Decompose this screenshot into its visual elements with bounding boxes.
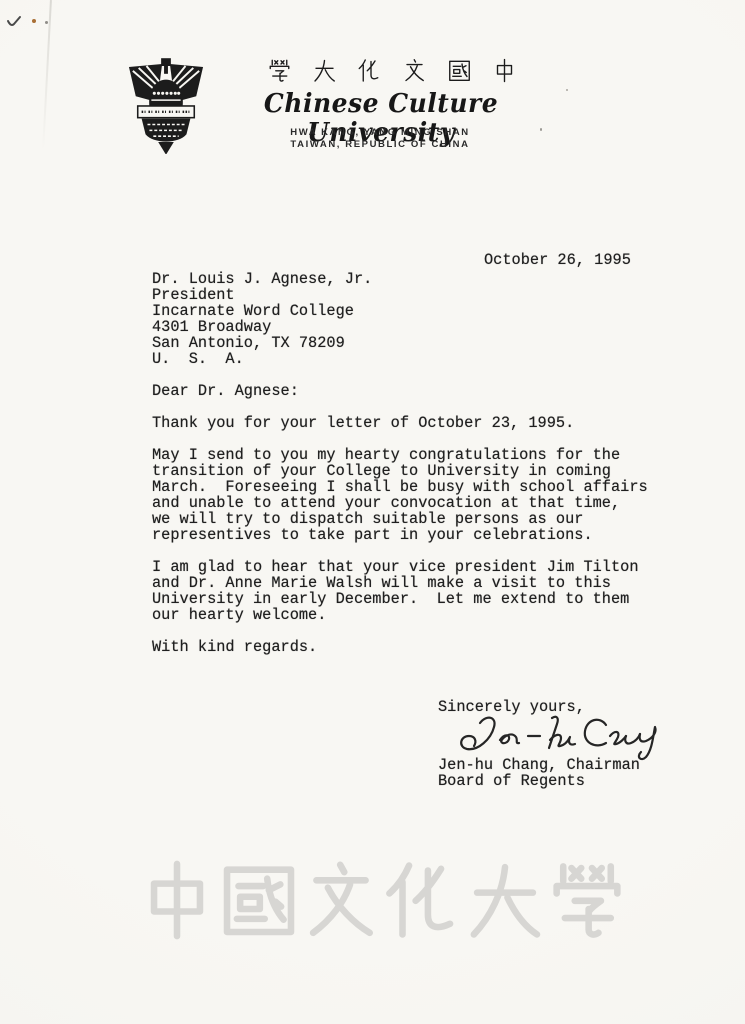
letter-date: October 26, 1995 [484, 252, 631, 268]
letterhead-address-line2: TAIWAN, REPUBLIC OF CHINA [264, 139, 496, 150]
watermark-char-da-icon [464, 855, 546, 945]
cjk-char-hua-icon [357, 58, 382, 83]
cjk-char-zhong-icon [492, 58, 517, 83]
university-emblem-logo [127, 56, 205, 154]
university-name-cjk [267, 56, 517, 84]
watermark-university-name [136, 850, 628, 950]
watermark-char-guo-icon [218, 855, 300, 945]
cjk-char-xue-icon [267, 58, 292, 83]
recipient-address-block: Dr. Louis J. Agnese, Jr. President Incar… [152, 271, 372, 367]
body-paragraph-4: With kind regards. [152, 639, 317, 655]
body-paragraph-1: Thank you for your letter of October 23,… [152, 415, 574, 431]
pen-check-mark [6, 15, 22, 29]
signer-name-title-block: Jen-hu Chang, Chairman Board of Regents [438, 757, 640, 789]
scanned-letter-page: Chinese Culture University HWA KANG, YAN… [0, 0, 745, 1024]
scan-speck-orange [32, 19, 36, 23]
cjk-char-da-icon [312, 58, 337, 83]
watermark-char-hua-icon [382, 855, 464, 945]
cjk-char-guo-icon [447, 58, 472, 83]
body-paragraph-2: May I send to you my hearty congratulati… [152, 447, 648, 543]
watermark-char-wen-icon [300, 855, 382, 945]
scan-speck-small [540, 128, 542, 131]
body-paragraph-3: I am glad to hear that your vice preside… [152, 559, 639, 623]
cjk-char-wen-icon [402, 58, 427, 83]
scan-speck-tiny [566, 89, 568, 91]
letterhead-address-line1: HWA KANG, YANG MING SHAN [264, 127, 496, 138]
scan-speck-gray [45, 21, 48, 24]
salutation: Dear Dr. Agnese: [152, 383, 299, 399]
watermark-char-zhong-icon [136, 855, 218, 945]
watermark-char-xue-icon [546, 855, 628, 945]
